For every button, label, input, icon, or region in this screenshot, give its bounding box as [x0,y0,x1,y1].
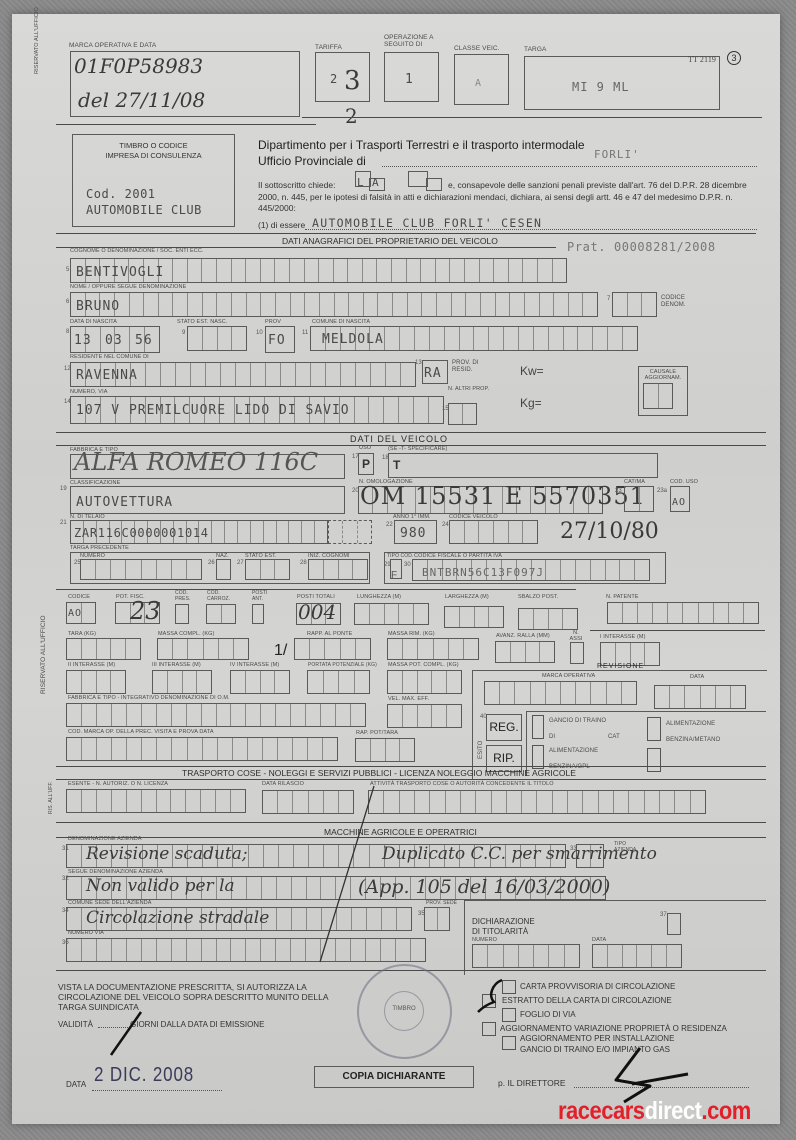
alim-gpl-label-1: ALIMENTAZIONE [549,748,598,754]
alim-metano-label-1: ALIMENTAZIONE [666,721,715,727]
massa-rim-label: MASSA RIM. (Kg) [388,631,435,637]
ii-interasse-label: II INTERASSE (m) [68,662,115,668]
extra-checkbox [647,748,661,772]
checkbox-label-aggiornamento-variazione: AGGIORNAMENTO VARIAZIONE PROPRIETÀ O RES… [500,1024,727,1033]
cod-pres-field [175,604,189,624]
sbalzo-field [518,608,578,630]
checkbox-label-carta-provvisoria: CARTA PROVVISORIA DI CIRCOLAZIONE [520,982,675,991]
direttore-label: p. IL DIRETTORE [498,1078,566,1088]
tariffa-printed: 2 [330,72,338,86]
specificare-value: T [393,458,400,472]
uso-label: USO [359,445,371,451]
uso-value: P [362,457,370,471]
avanz-ralla-label: AVANZ. RALLA (mm) [496,633,550,639]
divider [56,432,766,433]
attivita-label: ATTIVITÀ TRASPORTO COSE O AUTORITÀ CONCE… [370,781,554,787]
altri-prop-label: N. ALTRI PROP. [448,386,489,392]
tipo-cod-value: F [391,570,397,581]
causale-label: CAUSALE AGGIORNAM. [638,369,688,381]
revisione-data-label: DATA [690,674,704,680]
watermark-com: .com [701,1096,750,1125]
via-value: 107 V PREMILCUORE LIDO DI SAVIO [76,403,350,418]
consulting-title-2: IMPRESA DI CONSULENZA [72,151,235,160]
posti-totali-value: 004 [298,600,336,624]
revisione-data-field [654,685,746,709]
causale-field [643,383,673,409]
naz-field [216,559,231,580]
lunghezza-field [354,603,429,625]
iii-interasse-label: III INTERASSE (m) [152,662,201,668]
watermark-direct: direct [645,1096,702,1125]
codice-value: AO [68,608,82,619]
validita-strike-mark [107,1009,147,1059]
cat-label: CAT [608,734,620,740]
larghezza-field [444,606,504,628]
massa-rim-field [387,638,479,660]
birth-day: 13 [74,333,92,348]
codice-denom-field [612,292,657,317]
vel-max-label: VEL. MAX. EFF. [388,696,429,702]
consulting-title-1: TIMBRO O CODICE [72,141,235,150]
data-rilascio-label: DATA RILASCIO [262,781,304,787]
pot-fisc-value: 23 [130,597,161,625]
technical-reserved-label: RISERVATO ALL'UFFICIO [40,615,47,694]
stamp-label: TIMBRO [384,1006,424,1012]
surname-value: BENTIVOGLI [76,265,164,280]
segue-denominazione-label: SEGUE DENOMINAZIONE AZIENDA [68,869,163,875]
note-approvazione: (App. 105 del 16/03/2000) [358,876,610,898]
department-title: Dipartimento per i Trasporti Terrestri e… [258,138,585,152]
divider [56,233,756,234]
note-circolazione: Circolazione stradale [86,908,269,928]
checkbox-foglio-via[interactable] [502,1008,516,1022]
tara-label: TARA (Kg) [68,631,96,637]
tariffa-label: TARIFFA [315,44,342,51]
authorization-text: VISTA LA DOCUMENTAZIONE PRESCRITTA, SI A… [58,982,358,1012]
tariffa-handwritten: 3 [344,66,361,96]
i-interasse-label: I INTERASSE (m) [600,634,646,640]
rapp-ponte-prefix: 1/ [274,642,287,660]
rapp-ponte-label: RAPP. AL PONTE [307,631,352,637]
checkbox-aggiornamento-installazione[interactable] [502,1036,516,1050]
dichiarazione-numero-field [472,944,580,968]
patente-field [607,602,759,624]
rap-pot-field [355,738,415,762]
esito-label: ESITO [478,741,484,759]
iii-interasse-field [152,670,212,694]
avanz-ralla-field [495,641,555,663]
dichiarazione-label-1: DICHIARAZIONE [472,917,535,926]
dichiarazione-data-field [592,944,682,968]
checkbox-aggiornamento-variazione[interactable] [482,1022,496,1036]
cod-uso-value: AO [672,497,686,508]
codice-fiscale-value: BNTBRN56C13F097J [422,566,544,579]
targa-value: MI 9 ML [572,80,630,94]
iv-interasse-field [230,670,290,694]
revisione-title: REVISIONE [597,663,644,670]
registration-document: RISERVATO ALL'UFFICIO MARCA OPERATIVA E … [12,14,780,1124]
dichiarazione-check-field [667,913,681,935]
divider [56,589,576,590]
residente-value: RAVENNA [76,368,138,383]
altri-prop-field [448,403,477,425]
gancio-checkbox [532,715,544,739]
prov-sede-field [424,907,450,931]
request-declaration-text: e, consapevole delle sanzioni penali pre… [258,180,758,215]
lunghezza-label: LUNGHEZZA (m) [357,594,401,600]
comune-sede-label: COMUNE SEDE DELL'AZIENDA [68,900,152,906]
attivita-field [368,790,706,814]
note-revisione-scaduta: Revisione scaduta; [86,844,248,864]
prov-resid-label: PROV. DI RESID. [452,360,492,374]
kg-label: Kg= [520,396,542,410]
kw-label: Kw= [520,364,544,378]
name-value: BRUNO [76,299,120,314]
copy-number-badge: 3 [727,51,741,65]
revisione-marca-label: MARCA OPERATIVA [542,673,595,679]
name-field [70,292,598,317]
stato-est-label: STATO EST. NASC. [177,319,228,325]
residente-label: RESIDENTE NEL COMUNE DI [70,354,149,360]
codice-denom-label: CODICE DENOM. [661,295,701,309]
massa-compl-label: MASSA COMPL. (Kg) [158,631,214,637]
marca-operativa-label: MARCA OPERATIVA E DATA [69,42,156,49]
specificare-label: (SE -T- SPECIFICARE) [388,446,447,452]
stato-est-targa-field [245,559,290,580]
revisione-marca-field [484,681,637,705]
ii-interasse-field [66,670,126,694]
diagonal-strike-line [312,784,392,964]
gancio-label: GANCIO DI TRAINO [549,718,606,724]
iv-interasse-label: IV INTERASSE (m) [230,662,279,668]
data-line [92,1090,222,1091]
iniz-cognomi-field [308,559,368,580]
massa-compl-field [157,638,249,660]
cod-carroz-label: COD. CARROZ. [207,590,239,602]
targa-precedente-label: TARGA PRECEDENTE [70,545,129,551]
comune-nascita-label: COMUNE DI NASCITA [312,319,370,325]
rapp-ponte-field [294,638,371,660]
pratica-number: Prat. 00008281/2008 [567,240,716,254]
prov-sede-label: PROV. SEDE [426,900,457,906]
reg-label: REG. [486,720,522,734]
provincial-office-line [382,166,757,167]
data-label: DATA [66,1080,86,1089]
dichiarazione-numero-label: NUMERO [472,937,497,943]
divider [56,822,766,823]
prov-value: FO [268,333,286,348]
name-label: NOME / OPPURE SEGUE DENOMINAZIONE [70,284,186,290]
targa-numero-field [80,559,202,580]
esente-label: ESENTE - N. AUTORIZ. O N. LICENZA [68,781,168,787]
fabbrica-om-field [66,703,366,727]
tariffa-below: 2 [345,104,358,128]
note-non-valido: Non valido per la [86,876,235,896]
anno-value: 980 [400,526,426,541]
marca-operativa-handwritten-2: del 27/11/08 [78,88,205,112]
reserved-label: RISERVATO ALL'UFFICIO [34,7,40,74]
denominazione-azienda-label: DENOMINAZIONE AZIENDA [68,836,142,842]
data-value: 2 DIC. 2008 [94,1064,194,1087]
trasporto-section-title: TRASPORTO COSE - NOLEGGI E SERVIZI PUBBL… [182,768,576,778]
consulting-name: AUTOMOBILE CLUB [86,203,202,217]
comune-nascita-value: MELDOLA [322,332,384,347]
omologazione-value: OM 15531 E 5570351 [360,482,646,510]
validita-label: VALIDITÀ [58,1020,93,1029]
catma-field [624,486,654,512]
classe-value: A [475,78,482,89]
di-label: DI [549,734,555,740]
form-code: TT 2119 [688,55,716,64]
provincial-office-value: FORLI' [594,148,640,161]
portata-field [307,670,370,694]
vel-max-field [387,704,462,728]
cod-marca-field [66,737,338,761]
watermark-racecars: racecars [558,1096,645,1125]
divider [56,837,766,838]
rap-pot-label: RAP. POT/TARA [356,730,398,736]
massa-pot-label: MASSA POT. COMPL. (Kg) [388,662,459,668]
numero-via-label: NUMERO VIA [68,930,104,936]
cod-marca-label: COD. MARCA OP. DELLA PREC. VISITA E PROV… [68,729,214,735]
cod-pres-label: COD. PRES. [175,590,191,602]
n-assi-field [570,642,584,664]
operazione-value: 1 [405,72,414,87]
posti-ant-label: POSTI ANT. [252,590,266,602]
divider [302,117,762,118]
trasporto-reserved-label: RIS. ALL'UFF. [48,781,54,814]
handwritten-registration-date: 27/10/80 [560,519,659,544]
cod-carroz-field [206,604,236,624]
larghezza-label: LARGHEZZA (m) [445,594,489,600]
checkbox-label-aggiornamento-installazione: AGGIORNAMENTO PER INSTALLAZIONE [520,1034,674,1043]
sbalzo-label: SBALZO POST. [518,594,558,600]
director-signature [602,1044,692,1104]
copia-dichiarante-label: COPIA DICHIARANTE [314,1071,474,1082]
alim-metano-label-2: BENZINA/METANO [666,737,720,743]
alim-metano-checkbox [647,717,661,741]
note-duplicato: Duplicato C.C. per smarrimento [382,844,657,864]
portata-label: PORTATA POTENZIALE (Kg) [308,662,377,668]
marca-operativa-handwritten-1: 01F0P58983 [74,54,203,78]
provincial-office-label: Ufficio Provinciale di [258,154,366,168]
checkbox-label-estratto: ESTRATTO DELLA CARTA DI CIRCOLAZIONE [502,996,672,1005]
fabbrica-value: ALFA ROMEO 116C [74,448,318,476]
telaio-extra-field [328,520,372,544]
validita-suffix: GIORNI DALLA DATA DI EMISSIONE [130,1020,264,1029]
divider [56,124,316,125]
catma-label: CAT/MA [624,479,645,485]
prov-resid-value: RA [424,366,442,381]
massa-pot-field [387,670,462,694]
essere-value: AUTOMOBILE CLUB FORLI' CESEN [312,216,542,230]
cod-uso-label: COD. USO [670,479,698,485]
telaio-value: ZAR116C0000001014 [74,526,209,540]
specificare-field [388,453,658,478]
codice-veicolo-field [449,520,538,544]
rip-label: RIP. [486,751,522,765]
n-assi-label: N. ASSI [569,630,583,642]
stato-est-field [187,326,247,351]
divider [56,766,766,767]
checkbox-label-foglio-via: FOGLIO DI VIA [520,1010,576,1019]
owner-section-title: DATI ANAGRAFICI DEL PROPRIETARIO DEL VEI… [282,236,498,246]
divider [56,779,766,780]
classificazione-value: AUTOVETTURA [76,495,173,510]
dichiarazione-data-label: DATA [592,937,606,943]
prov-label: PROV [265,319,281,325]
targa-label: TARGA [524,46,546,53]
codice-label: CODICE [68,594,90,600]
tara-field [66,638,141,660]
surname-label: COGNOME O DENOMINAZIONE / SOC. ENTI ECC. [70,248,204,254]
fabbrica-om-label: FABBRICA E TIPO - INTEGRATIVO DENOMINAZI… [68,695,230,701]
birth-date-label: DATA DI NASCITA [70,319,117,325]
posti-ant-field [252,604,264,624]
patente-label: N. PATENTE [606,594,639,600]
tariffa-box [315,52,370,102]
divider [590,630,765,631]
vehicle-section-title: DATI DEL VEICOLO [350,434,448,444]
esente-field [66,789,246,813]
watermark-logo: racecarsdirect.com [558,1096,751,1126]
via-label: NUMERO, VIA [70,389,107,395]
essere-label: (1) di essere [258,220,305,230]
birth-year: 56 [135,333,153,348]
classe-label: CLASSE VEIC. [454,45,500,52]
operazione-label: OPERAZIONE A SEGUITO DI [384,34,444,48]
dichiarazione-label-2: DI TITOLARITÀ [472,927,528,936]
birth-month: 03 [105,333,123,348]
consulting-code: Cod. 2001 [86,187,156,201]
